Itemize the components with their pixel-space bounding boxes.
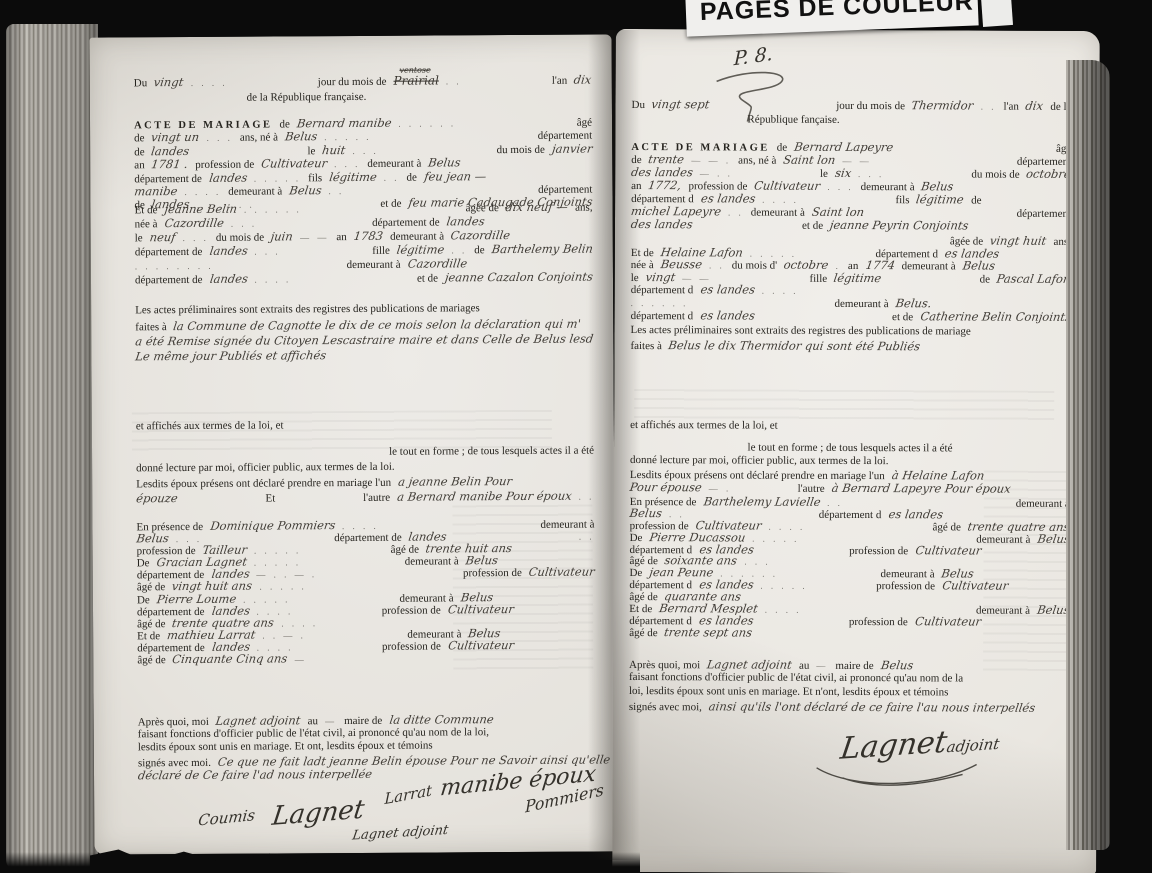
- printed-text: demeurant à: [367, 158, 421, 170]
- right-page-edges: [1066, 60, 1110, 850]
- closing-paragraph: Après quoi, moiLagnet adjointau—maire de…: [629, 657, 1069, 715]
- handwritten-text: Cultivateur: [914, 543, 982, 557]
- printed-text: demeurant à: [347, 259, 401, 271]
- printed-text: demeurant à: [1016, 498, 1070, 510]
- printed-text: le tout en forme ; de tous lesquels acte…: [748, 442, 953, 455]
- dotted-filler: . . .: [858, 169, 884, 179]
- handwritten-text: Cultivateur: [914, 614, 982, 628]
- handwritten-text: vingt sept: [651, 97, 711, 111]
- printed-text: demeurant à: [540, 519, 594, 531]
- printed-text: et affichés aux termes de la loi, et: [136, 419, 284, 432]
- handwritten-text: Saint lon: [782, 153, 836, 167]
- printed-text: le tout en forme ; de tous lesquels acte…: [389, 445, 594, 458]
- text-line: de la République française.: [134, 90, 592, 110]
- printed-text: demeurant à: [976, 533, 1030, 545]
- dotted-filler: . . . .: [762, 286, 799, 296]
- printed-text: faites à: [135, 321, 167, 333]
- dotted-filler: . .: [981, 102, 997, 112]
- printed-text: l'an: [552, 75, 567, 87]
- printed-text: département de: [135, 246, 203, 258]
- spacer: [264, 226, 365, 227]
- dotted-filler: . . . . . .: [398, 118, 456, 128]
- dotted-filler: . . .: [744, 557, 770, 567]
- dotted-filler: . .: [827, 498, 843, 508]
- handwritten-text: a jeanne Belin Pour: [397, 474, 513, 489]
- signature: Lagnet: [270, 795, 366, 832]
- handwritten-text: huit: [321, 143, 346, 157]
- spacer: [762, 319, 885, 320]
- dotted-filler: . . . .: [342, 521, 379, 531]
- printed-text: au: [308, 715, 318, 727]
- printed-text: De: [137, 594, 150, 606]
- text-line: En présence deBarthelemy Lavielle. .deme…: [630, 494, 1070, 508]
- struck-text: Prairialventose: [393, 73, 438, 87]
- printed-text: an: [134, 159, 144, 171]
- handwritten-text: jeanne Belin: [164, 202, 238, 216]
- left-page: Duvingt. . . .jour du mois dePrairialven…: [90, 34, 617, 854]
- printed-text: Du: [134, 77, 148, 89]
- printed-text: née à: [135, 218, 158, 230]
- handwritten-text: à Bernard Lapeyre Pour époux: [831, 481, 1012, 496]
- dotted-filler: . . . . . .: [631, 298, 689, 308]
- printed-text: demeurant à: [228, 185, 282, 197]
- dotted-filler: . . . .: [765, 605, 802, 615]
- handwritten-text: vingt un: [151, 130, 201, 144]
- handwritten-text: Belus: [921, 179, 955, 193]
- dotted-filler: —: [295, 654, 307, 664]
- printed-text: ans, né à: [240, 132, 278, 144]
- handwritten-text: janvier: [551, 141, 593, 155]
- printed-text: et de: [417, 272, 438, 284]
- signature: Larrat: [384, 781, 432, 808]
- witnesses-paragraph: En présence deDominique Pommiers. . . .d…: [136, 517, 595, 665]
- printed-text: au: [799, 660, 809, 672]
- affiches-line: et affichés aux termes de la loi, et: [630, 419, 1070, 435]
- handwritten-text: Cultivateur: [447, 638, 515, 652]
- printed-text: de: [406, 171, 416, 183]
- printed-text: et affichés aux termes de la loi, et: [630, 419, 778, 432]
- printed-text: donné lecture par moi, officier public, …: [136, 460, 395, 474]
- bottom-shadow: [0, 852, 640, 873]
- printed-text: fils: [895, 194, 909, 206]
- handwritten-text: trente: [648, 152, 686, 166]
- dotted-filler: — — .: [691, 155, 731, 165]
- text-line: épouzeEtl'autrea Bernard manibe Pour épo…: [136, 488, 594, 505]
- printed-text: département: [538, 130, 592, 142]
- spacer: [900, 151, 1049, 152]
- handwritten-text: Saint lon: [811, 205, 865, 219]
- handwritten-text: Belus: [629, 506, 663, 520]
- date-header: Duvingt. . . .jour du mois dePrairialven…: [134, 73, 592, 110]
- printed-text: jour du mois de: [836, 100, 905, 112]
- handwritten-text: a été Remise signée du Citoyen Lescastra…: [134, 332, 594, 349]
- printed-text: signés avec moi,: [629, 701, 702, 713]
- handwritten-text: Barthelemy Belin: [491, 242, 594, 257]
- publications-paragraph: Les actes préliminaires sont extraits de…: [135, 302, 593, 365]
- printed-text: département de: [372, 216, 440, 228]
- dotted-filler: — .: [709, 483, 732, 493]
- printed-text: du mois d': [732, 260, 777, 272]
- printed-text: de: [134, 146, 144, 158]
- date-header: Duvingt septjour du mois deThermidor. .l…: [631, 97, 1071, 131]
- handwritten-text: Cazordille: [164, 216, 225, 230]
- handwritten-text: landes: [208, 244, 248, 258]
- printed-text: demeurant à: [751, 207, 805, 219]
- handwritten-text: la ditte Commune: [388, 712, 494, 727]
- spacer: [879, 164, 1010, 165]
- printed-text: de la République française.: [247, 91, 367, 104]
- handwritten-text: légitime: [396, 242, 445, 256]
- printed-text: faisant fonctions d'officier public de l…: [629, 671, 963, 684]
- printed-text: Et de: [135, 204, 158, 216]
- printed-text: profession de: [195, 159, 254, 171]
- printed-text: de: [134, 133, 144, 145]
- printed-text: profession de: [463, 567, 522, 579]
- handwritten-text: feu jean —: [423, 169, 487, 183]
- banner-label: PAGES DE COULEUR: [699, 0, 978, 27]
- handwritten-text: Lagnet adjoint: [215, 713, 302, 728]
- handwritten-text: Belus: [427, 156, 461, 170]
- spacer: [474, 267, 593, 268]
- printed-text: de: [971, 194, 981, 206]
- spacer: [309, 211, 459, 212]
- printed-text: fils: [308, 172, 322, 184]
- signature: adjoint: [945, 735, 1000, 757]
- handwritten-text: Pour épouse: [629, 480, 703, 494]
- printed-text: et de: [802, 220, 823, 232]
- handwritten-text: Belus.: [895, 296, 933, 310]
- handwritten-text: Dominique Pommiers: [209, 518, 336, 533]
- handwritten-text: Belus: [284, 130, 318, 144]
- right-page: P. 8. Duvingt septjour du mois deThermid…: [612, 29, 1100, 873]
- spacer: [197, 154, 301, 155]
- handwritten-text: Le même jour Publiés et affichés: [135, 348, 328, 363]
- text-line: Dejean Peune. . . . . .demeurant àBelus: [629, 565, 1069, 579]
- printed-text: République fançaise.: [747, 114, 839, 126]
- groom-paragraph: ACTE DE MARIAGEdeBernard Lapeyreâgédetre…: [631, 139, 1071, 232]
- dotted-filler: — . .: [700, 168, 733, 178]
- dotted-filler: —: [325, 716, 337, 726]
- text-line: Et deBernard Mesplet. . . .demeurant àBe…: [629, 601, 1069, 615]
- dotted-filler: . . . .: [191, 78, 228, 88]
- handwritten-text: octobre: [783, 258, 830, 272]
- printed-text: profession de: [382, 604, 441, 616]
- printed-text: département: [1017, 208, 1071, 220]
- text-line: michel Lapeyre. .demeurant àSaint londép…: [631, 204, 1071, 219]
- handwritten-text: Belus: [136, 531, 170, 545]
- handwritten-text: landes: [209, 272, 249, 286]
- printed-text: ans, né à: [738, 154, 776, 166]
- spacer: [136, 455, 382, 457]
- printed-text: donné lecture par moi, officier public, …: [630, 454, 889, 467]
- dotted-filler: — —: [842, 156, 871, 166]
- handwritten-text: des landes: [630, 165, 694, 179]
- spacer: [373, 99, 479, 100]
- printed-text: profession de: [849, 616, 908, 628]
- dotted-filler: . . .: [176, 534, 202, 544]
- handwritten-text: es landes: [699, 283, 755, 297]
- handwritten-text: Cultivateur: [447, 602, 515, 616]
- printed-text: le: [631, 272, 639, 284]
- banner-stub: [981, 0, 1013, 27]
- handwritten-text: 1772,: [648, 178, 683, 192]
- printed-text: demeurant à: [405, 556, 459, 568]
- printed-text: maire de: [344, 715, 382, 727]
- handwritten-text: Barthelemy Lavielle: [702, 494, 821, 509]
- text-line: signés avec moi,ainsi qu'ils l'ont décla…: [629, 699, 1069, 715]
- handwritten-text: légitime: [328, 169, 377, 183]
- dotted-filler: . .: [446, 76, 462, 86]
- printed-text: fille: [809, 273, 827, 285]
- printed-text: le: [135, 232, 143, 244]
- printed-text: Les actes préliminaires sont extraits de…: [631, 324, 971, 337]
- handwritten-text: Cultivateur: [528, 565, 596, 579]
- groom-paragraph: ACTE DE MARIAGEdeBernard manibe. . . . .…: [134, 115, 593, 212]
- handwritten-text: des landes: [630, 217, 694, 231]
- dotted-filler: . . . . .: [254, 558, 301, 568]
- publications-paragraph: Les actes préliminaires sont extraits de…: [630, 324, 1070, 354]
- text-line: née àBeusse. .du mois d'octobre.an1774de…: [631, 257, 1071, 272]
- dotted-filler: . . .: [183, 233, 209, 243]
- printed-text: l'autre: [798, 483, 825, 495]
- handwritten-text: landes: [208, 170, 248, 184]
- book-spine-page-edges: [6, 24, 98, 870]
- dotted-filler: . . . . . .: [244, 204, 302, 214]
- text-line: Pour épouse— .l'autreà Bernard Lapeyre P…: [630, 480, 1070, 495]
- printed-text: demeurant à: [881, 568, 935, 580]
- handwritten-text: 1781 .: [151, 157, 189, 171]
- dotted-filler: . . . .: [281, 618, 318, 628]
- text-line: Et dejeanne Belin. . . . . .âgée dedix n…: [135, 200, 593, 217]
- text-line: delandeslehuit. . .du mois dejanvier: [134, 141, 592, 157]
- dotted-filler: . . . . .: [752, 533, 799, 543]
- dotted-filler: . . . .: [768, 521, 805, 531]
- handwritten-text: dix: [573, 73, 592, 87]
- signature: Lagnet: [838, 724, 949, 766]
- handwritten-text: légitime: [916, 192, 966, 206]
- handwritten-text: Belus: [962, 259, 996, 273]
- spacer: [871, 216, 1010, 217]
- printed-text: fille: [372, 245, 390, 257]
- printed-text: demeurant à: [399, 592, 453, 604]
- printed-text: et de: [892, 311, 913, 323]
- spacer: [463, 126, 570, 127]
- printed-text: département de: [134, 172, 202, 184]
- printed-text: De: [630, 532, 643, 544]
- printed-text: Et de: [137, 630, 160, 642]
- handwritten-text: Catherine Belin Conjoints: [919, 309, 1071, 324]
- dotted-filler: . . .: [353, 146, 379, 156]
- printed-text: demeurant à: [861, 181, 915, 193]
- signature: Coumis: [197, 806, 256, 830]
- printed-text: département d: [819, 509, 882, 521]
- bride-paragraph: Et dejeanne Belin. . . . . .âgée dedix n…: [135, 200, 594, 287]
- printed-text: demeurant à: [835, 298, 889, 310]
- handwritten-text: la Commune de Cagnotte le dix de ce mois…: [173, 317, 582, 334]
- printed-text: âgé de: [932, 521, 960, 533]
- printed-text: âgé de: [137, 654, 165, 666]
- spacer: [386, 153, 490, 154]
- handwritten-text: trente sept ans: [664, 625, 754, 639]
- spacer: [379, 139, 531, 140]
- dotted-filler: . . . .: [762, 195, 799, 205]
- printed-text: jour du mois de: [318, 76, 387, 88]
- text-line: Le même jour Publiés et affichés: [135, 347, 593, 365]
- printed-text: département d: [631, 310, 694, 322]
- spacer: [351, 193, 531, 194]
- dotted-filler: . . . . .: [760, 581, 807, 591]
- printed-text: faites à: [630, 340, 662, 352]
- handwritten-text: Cazordille: [407, 256, 468, 270]
- printed-text: Lesdits époux présens ont déclaré prendr…: [136, 477, 391, 491]
- handwritten-text: Cultivateur: [941, 579, 1009, 593]
- text-line: et affichés aux termes de la loi, et: [630, 419, 1070, 435]
- dotted-filler: .: [836, 261, 841, 271]
- printed-text: Les actes préliminaires sont extraits de…: [135, 302, 480, 316]
- spacer: [938, 307, 1070, 308]
- dotted-filler: . .: [579, 491, 595, 501]
- text-line: département delandes. . . .et dejeanne C…: [135, 270, 593, 287]
- dotted-filler: . .: [451, 245, 467, 255]
- handwritten-text: vingt: [645, 270, 677, 284]
- dotted-filler: . . .: [827, 182, 853, 192]
- printed-text: âgé de: [629, 627, 657, 639]
- dotted-filler: . . — .: [262, 630, 306, 640]
- dotted-filler: — —: [300, 232, 329, 242]
- text-line: faites àBelus le dix Thermidor qui sont …: [630, 338, 1070, 354]
- printed-text: profession de: [876, 580, 935, 592]
- printed-text: profession de: [849, 545, 908, 557]
- witnesses-paragraph: En présence deBarthelemy Lavielle. .deme…: [629, 494, 1070, 639]
- dotted-filler: . .: [728, 207, 744, 217]
- handwritten-text: 1783: [353, 229, 384, 243]
- spacer: [221, 268, 340, 269]
- handwritten-text: Thermidor: [911, 98, 975, 112]
- dotted-filler: . . .: [334, 159, 360, 169]
- text-line: levingt— —fillelégitimedePascal Lafon: [631, 270, 1071, 285]
- bleed-through-text: [634, 389, 1054, 421]
- handwritten-text: vingt: [153, 75, 184, 89]
- dotted-filler: . .: [328, 186, 344, 196]
- affiches-line: et affichés aux termes de la loi, et: [136, 418, 594, 436]
- printed-text: an: [336, 231, 346, 243]
- handwritten-text: es landes: [699, 308, 755, 322]
- printed-text: du mois de: [216, 232, 264, 244]
- handwritten-text: dix neuf —: [505, 200, 569, 214]
- printed-text: loi, lesdits époux sont unis en mariage.…: [629, 685, 948, 698]
- bride-paragraph: âgée devingt huitans,Et deHelaine Lafon.…: [631, 232, 1071, 322]
- printed-text: du mois de: [971, 169, 1019, 181]
- printed-text: Et: [265, 492, 275, 504]
- printed-text: âgé: [577, 117, 592, 129]
- printed-text: l'an: [1003, 101, 1018, 113]
- printed-text: l'autre: [363, 492, 390, 504]
- dotted-filler: . . . . . . . .: [135, 261, 214, 271]
- dotted-filler: . . . . .: [254, 173, 301, 183]
- printed-text: Et de: [629, 603, 652, 615]
- book-scan: Duvingt. . . .jour du mois dePrairialven…: [0, 0, 1152, 873]
- text-line: Duvingt septjour du mois deThermidor. .l…: [631, 97, 1071, 115]
- dotted-filler: . . .: [207, 133, 233, 143]
- text-line: et affichés aux termes de la loi, et: [136, 418, 594, 436]
- handwritten-text: Cinquante Cinq ans: [172, 651, 289, 666]
- printed-text: de: [474, 244, 484, 256]
- printed-text: département de: [135, 274, 203, 286]
- handwritten-text: six: [834, 166, 852, 180]
- printed-text: du mois de: [497, 144, 545, 156]
- lecture-paragraph: le tout en forme ; de tous lesquels acte…: [630, 441, 1070, 495]
- printed-text: de: [980, 273, 990, 285]
- printed-text: Après quoi, moi: [629, 659, 700, 671]
- handwritten-text: épouze: [135, 491, 178, 505]
- dotted-filler: . . . .: [184, 187, 221, 197]
- dotted-filler: — . . — .: [256, 570, 317, 580]
- spacer: [486, 99, 592, 100]
- spacer: [695, 306, 827, 307]
- handwritten-text: landes: [446, 214, 486, 228]
- handwritten-text: a Bernard manibe Pour époux: [396, 488, 572, 503]
- text-line: ACTE DE MARIAGEdeBernard Lapeyreâgé: [631, 139, 1071, 154]
- text-line: département delandes. . .fillelégitime. …: [135, 242, 593, 259]
- handwritten-text: déclaré de Ce faire l'ad nous interpellé…: [137, 767, 373, 782]
- handwritten-text: ainsi qu'ils l'ont déclaré de ce faire l…: [708, 699, 1036, 714]
- printed-text: maire de: [835, 660, 873, 672]
- printed-text: Et de: [631, 247, 654, 259]
- printed-text: demeurant à: [390, 230, 444, 242]
- handwritten-text: jeanne Peyrin Conjoints: [829, 218, 970, 233]
- text-line: âgé deCinquante Cinq ans—: [137, 650, 595, 665]
- printed-text: De: [137, 558, 150, 570]
- dotted-filler: . . . . .: [324, 132, 371, 142]
- handwritten-text: es landes: [887, 507, 943, 521]
- handwritten-text: dix: [1025, 99, 1045, 113]
- signature: Lagnet adjoint: [351, 823, 449, 844]
- handwritten-text: Bernard manibe: [296, 116, 392, 131]
- printed-text: Après quoi, moi: [138, 716, 209, 728]
- handwritten-text: Cazordille: [450, 228, 511, 242]
- handwritten-text: légitime: [833, 271, 883, 285]
- handwritten-text: Belus: [465, 553, 499, 567]
- printed-text: Du: [631, 99, 645, 111]
- handwritten-text: Cultivateur: [260, 156, 328, 170]
- dotted-filler: . . . . .: [254, 546, 301, 556]
- handwritten-text: landes: [151, 144, 191, 158]
- handwritten-text: juin: [270, 229, 294, 243]
- spacer: [760, 636, 1070, 637]
- printed-text: demeurant à: [902, 260, 956, 272]
- printed-text: demeurant à: [976, 605, 1030, 617]
- dotted-filler: . . .: [231, 219, 257, 229]
- printed-text: faisant fonctions d'officier public de l…: [138, 726, 489, 740]
- handwritten-text: Pascal Lafon: [996, 271, 1072, 285]
- text-line: République fançaise.: [631, 113, 1071, 131]
- printed-text: département de: [334, 532, 402, 544]
- dotted-filler: . .: [579, 532, 595, 542]
- dotted-filler: . . . .: [254, 274, 291, 284]
- text-line: detrente— — .ans, né àSaint lon— —départ…: [631, 152, 1071, 167]
- handwritten-text: Lagnet adjoint: [706, 657, 793, 671]
- dotted-filler: . .: [709, 261, 725, 271]
- printed-text: lesdits époux sont unis en mariage. Et o…: [138, 740, 433, 754]
- dotted-filler: . . .: [254, 246, 280, 256]
- spacer: [492, 225, 593, 226]
- handwritten-text: Cultivateur: [753, 179, 821, 193]
- handwritten-text: Belus: [288, 183, 322, 197]
- dotted-filler: . .: [669, 509, 685, 519]
- printed-text: ans,: [575, 202, 592, 214]
- handwritten-text: Belus: [880, 658, 914, 672]
- text-line: des landeset dejeanne Peyrin Conjoints: [631, 217, 1071, 232]
